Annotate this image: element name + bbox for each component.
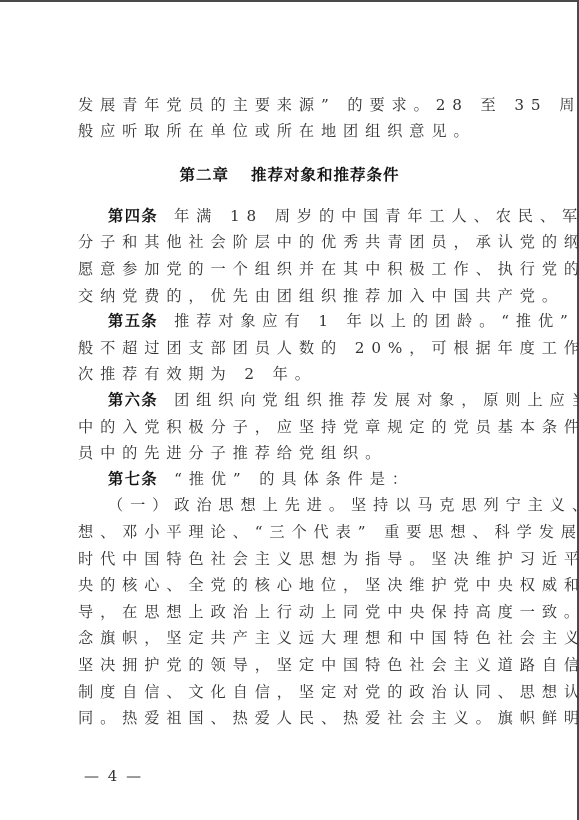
article-label: 第六条	[108, 391, 158, 409]
article-label: 第七条	[108, 470, 158, 488]
article-text: 团组织向党组织推荐发展对象，原则上应当是团员	[174, 391, 579, 409]
paragraph-line: 同。热爱祖国、热爱人民、热爱社会主义。旗帜鲜明反对和抵制	[78, 705, 502, 731]
paragraph-line: 交纳党费的，优先由团组织推荐加入中国共产党。	[78, 283, 502, 309]
document-page: 发展青年党员的主要来源” 的要求。28 至 35 周岁青年入党，一 般应听取所在…	[0, 0, 579, 820]
article-7-first-line: 第七条“推优” 的具体条件是：	[78, 466, 502, 492]
article-5-first-line: 第五条推荐对象应有 1 年以上的团龄。“推优” 的比例一	[78, 308, 502, 334]
paragraph-line: 员中的先进分子推荐给党组织。	[78, 440, 502, 466]
paragraph-line: 分子和其他社会阶层中的优秀共青团员，承认党的纲领和章程，	[78, 229, 502, 255]
paragraph-line: 愿意参加党的一个组织并在其中积极工作、执行党的决议和按期	[78, 256, 502, 282]
paragraph-line: 想、邓小平理论、“三个代表” 重要思想、科学发展观、习近平新	[78, 519, 502, 545]
paragraph-line: 次推荐有效期为 2 年。	[78, 361, 502, 387]
article-4-first-line: 第四条年满 18 周岁的中国青年工人、农民、军人、知识	[78, 203, 502, 229]
article-text: 年满 18 周岁的中国青年工人、农民、军人、知识	[174, 207, 579, 225]
paragraph-line: 导，在思想上政治上行动上同党中央保持高度一致。高扬理想信	[78, 599, 502, 625]
clause-text: （一）政治思想上先进。坚持以马克思列宁主义、毛泽东思	[108, 496, 579, 514]
article-label: 第四条	[108, 207, 158, 225]
paragraph-line: 发展青年党员的主要来源” 的要求。28 至 35 周岁青年入党，一	[78, 92, 502, 118]
clause-1-first-line: （一）政治思想上先进。坚持以马克思列宁主义、毛泽东思	[78, 492, 502, 518]
paragraph-line: 制度自信、文化自信，坚定对党的政治认同、思想认同、情感认	[78, 679, 502, 705]
article-text: “推优” 的具体条件是：	[174, 470, 414, 488]
paragraph-line: 念旗帜，坚定共产主义远大理想和中国特色社会主义共同理想，	[78, 625, 502, 651]
paragraph-line: 般应听取所在单位或所在地团组织意见。	[78, 118, 502, 144]
paragraph-line: 坚决拥护党的领导，坚定中国特色社会主义道路自信、理论自信、	[78, 652, 502, 678]
page-number: — 4 —	[84, 764, 143, 788]
paragraph-line: 中的入党积极分子，应坚持党章规定的党员基本条件，真正把团	[78, 414, 502, 440]
chapter-heading: 第二章推荐对象和推荐条件	[0, 162, 579, 188]
article-label: 第五条	[108, 312, 158, 330]
article-text: 推荐对象应有 1 年以上的团龄。“推优” 的比例一	[174, 312, 579, 330]
paragraph-line: 时代中国特色社会主义思想为指导。坚决维护习近平总书记党中	[78, 546, 502, 572]
chapter-number: 第二章	[179, 166, 229, 184]
article-6-first-line: 第六条团组织向党组织推荐发展对象，原则上应当是团员	[78, 387, 502, 413]
paragraph-line: 央的核心、全党的核心地位，坚决维护党中央权威和集中统一领	[78, 572, 502, 598]
paragraph-line: 般不超过团支部团员人数的 20%，可根据年度工作计划确定。每	[78, 335, 502, 361]
chapter-title: 推荐对象和推荐条件	[251, 166, 400, 184]
